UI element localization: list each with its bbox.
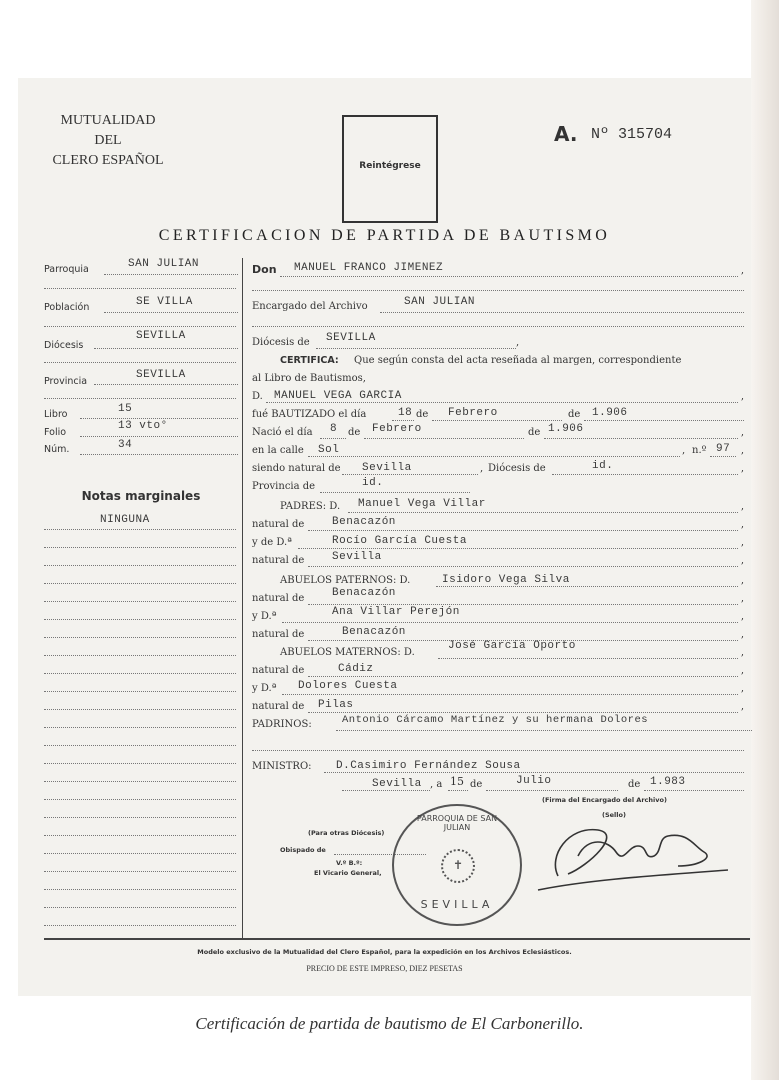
abuela-materna-name: Dolores Cuesta	[298, 680, 397, 692]
row-encargado: Encargado del Archivo SAN JULIAN	[252, 298, 744, 314]
book-spine-shadow	[751, 0, 779, 1080]
dotted-line	[392, 420, 414, 421]
padres-label: PADRES: D.	[280, 501, 340, 512]
dotted-line	[584, 420, 744, 421]
diocesis2-label: Diócesis de	[488, 463, 546, 474]
diocesis2-value: id.	[592, 460, 613, 472]
row-abuela-materna: y D.ª Dolores Cuesta ,	[252, 680, 744, 696]
dotted-line	[280, 276, 738, 277]
footer-note: Modelo exclusivo de la Mutualidad del Cl…	[18, 948, 751, 956]
dotted-line	[436, 586, 738, 587]
dotted-line	[44, 362, 236, 363]
padre-name: Manuel Vega Villar	[358, 498, 486, 510]
y-da-label: y D.ª	[252, 611, 276, 622]
dotted-line	[438, 658, 738, 659]
row-calle: en la calle Sol , n.º 97 ,	[252, 442, 744, 458]
row-madre: y de D.ª Rocío García Cuesta ,	[252, 534, 744, 550]
vobo-label: V.º B.º:	[336, 859, 362, 867]
diocesis-de-value: SEVILLA	[326, 332, 376, 344]
calle-value: Sol	[318, 444, 339, 456]
dotted-line	[308, 712, 738, 713]
row-libro: al Libro de Bautismos,	[252, 370, 744, 386]
dotted-line	[44, 925, 236, 926]
dotted-line	[486, 790, 618, 791]
dotted-line	[44, 799, 236, 800]
dotted-line	[44, 871, 236, 872]
dotted-line	[44, 835, 236, 836]
abuelo-paterno-natural: Benacazón	[332, 587, 396, 599]
series-letter: A.	[554, 122, 577, 146]
dotted-line	[44, 637, 236, 638]
dotted-line	[44, 907, 236, 908]
column-divider	[242, 258, 243, 939]
padrinos-label: PADRINOS:	[252, 719, 312, 730]
row-padrinos: PADRINOS: Antonio Cárcamo Martínez y su …	[252, 716, 752, 732]
provincia-de-value: id.	[362, 477, 383, 489]
provincia-label: Provincia	[44, 376, 87, 387]
dotted-line	[44, 727, 236, 728]
row-abuela-materna-natural: natural de Pilas ,	[252, 698, 744, 714]
dotted-line	[710, 456, 736, 457]
dotted-line	[432, 420, 562, 421]
seal-bottom-text: SEVILLA	[394, 898, 520, 911]
abuela-paterna-name: Ana Villar Perejón	[332, 606, 460, 618]
padre-natural: Benacazón	[332, 516, 396, 528]
row-nacio: Nació el día 8 de Febrero de 1.906 ,	[252, 424, 744, 440]
vicario-label: El Vicario General,	[314, 869, 382, 877]
dotted-line	[44, 288, 236, 289]
row-abuelo-paterno-natural: natural de Benacazón ,	[252, 590, 744, 606]
dotted-line	[308, 456, 680, 457]
row-place-date: Sevilla , a 15 de Julio de 1.983	[252, 776, 744, 792]
row-padres: PADRES: D. Manuel Vega Villar ,	[252, 498, 744, 514]
dotted-line	[44, 673, 236, 674]
dotted-line	[364, 438, 524, 439]
dotted-line	[266, 402, 738, 403]
date-month: Julio	[516, 775, 552, 787]
nacio-year: 1.906	[548, 423, 584, 435]
natural-de-label: natural de	[252, 555, 304, 566]
dotted-line	[44, 745, 236, 746]
num-label: Núm.	[44, 444, 69, 455]
row-ministro: MINISTRO: D.Casimiro Fernández Sousa	[252, 758, 744, 774]
abuelos-maternos-label: ABUELOS MATERNOS: D.	[280, 647, 415, 658]
y-de-da-label: y de D.ª	[252, 537, 292, 548]
parroquia-label: Parroquia	[44, 264, 89, 275]
numero-value: 97	[716, 443, 730, 455]
madre-natural: Sevilla	[332, 551, 382, 563]
row-don: Don MANUEL FRANCO JIMENEZ ,	[252, 262, 744, 278]
natural-de-label: natural de	[252, 701, 304, 712]
provincia-de-label: Provincia de	[252, 481, 315, 492]
d-label: D.	[252, 391, 263, 402]
dotted-line	[252, 750, 744, 751]
parish-seal: PARROQUIA DE SAN JULIAN ✝ SEVILLA	[392, 804, 522, 926]
folio-label: Folio	[44, 427, 66, 438]
dotted-line	[44, 326, 236, 327]
dotted-line	[348, 512, 738, 513]
certifica-text: Que según consta del acta reseñada al ma…	[354, 355, 681, 366]
dotted-line	[320, 492, 470, 493]
diocesis-value: SEVILLA	[136, 330, 186, 342]
dotted-line	[380, 312, 744, 313]
dotted-line	[44, 781, 236, 782]
don-value: MANUEL FRANCO JIMENEZ	[294, 262, 443, 274]
poblacion-value: SE VILLA	[136, 296, 193, 308]
padrinos-value: Antonio Cárcamo Martínez y su hermana Do…	[342, 714, 648, 726]
obispado-label: Obispado de	[280, 846, 326, 854]
de-label: de	[348, 427, 360, 438]
dotted-line	[552, 474, 738, 475]
nacio-label: Nació el día	[252, 427, 313, 438]
calle-label: en la calle	[252, 445, 304, 456]
dotted-line	[320, 438, 346, 439]
madre-name: Rocío García Cuesta	[332, 535, 467, 547]
row-abuela-paterna: y D.ª Ana Villar Perejón ,	[252, 608, 744, 624]
dotted-line	[308, 676, 738, 677]
de-label: de	[470, 779, 482, 790]
otras-diocesis-label: (Para otras Diócesis)	[308, 829, 384, 837]
serial-number: Nº 315704	[591, 126, 672, 143]
org-line-1: MUTUALIDAD	[38, 111, 178, 131]
certifica-label: CERTIFICA:	[280, 355, 339, 366]
footer-price: PRECIO DE ESTE IMPRESO, DIEZ PESETAS	[18, 964, 751, 973]
firma-label: (Firma del Encargado del Archivo)	[542, 796, 667, 804]
de-label: de	[568, 409, 580, 420]
dotted-line	[324, 772, 744, 773]
bautizado-year: 1.906	[592, 407, 628, 419]
dotted-line	[316, 348, 516, 349]
org-line-3: CLERO ESPAÑOL	[38, 151, 178, 171]
dotted-line	[44, 547, 236, 548]
dotted-line	[44, 691, 236, 692]
dotted-line	[80, 454, 238, 455]
natural-de-label: natural de	[252, 519, 304, 530]
bottom-rule	[44, 938, 750, 940]
row-natural: siendo natural de Sevilla , Diócesis de …	[252, 460, 744, 476]
org-line-2: DEL	[38, 131, 178, 151]
dotted-line	[342, 474, 478, 475]
dotted-line	[44, 853, 236, 854]
row-abuelos-maternos: ABUELOS MATERNOS: D. José García Oporto …	[252, 644, 744, 660]
abuelo-materno-name: José García Oporto	[448, 640, 576, 652]
num-value: 34	[118, 439, 132, 451]
dotted-line	[44, 763, 236, 764]
dotted-line	[80, 418, 238, 419]
dotted-line	[80, 436, 238, 437]
row-provincia: Provincia de id.	[252, 478, 744, 494]
dotted-line	[104, 274, 238, 275]
row-diocesis: Diócesis de SEVILLA ,	[252, 334, 744, 350]
dotted-line	[298, 548, 738, 549]
natural-de-label: natural de	[252, 593, 304, 604]
document-title: CERTIFICACION DE PARTIDA DE BAUTISMO	[18, 227, 751, 245]
natural-de-label: natural de	[252, 665, 304, 676]
row-madre-natural: natural de Sevilla ,	[252, 552, 744, 568]
revenue-stamp-box: Reintégrese	[342, 115, 438, 223]
row-abuelo-materno-natural: natural de Cádiz ,	[252, 662, 744, 678]
natural-de-label: natural de	[252, 629, 304, 640]
poblacion-label: Población	[44, 302, 89, 313]
libro-label: Libro	[44, 409, 67, 420]
natural-label: siendo natural de	[252, 463, 341, 474]
figure-caption: Certificación de partida de bautismo de …	[0, 1014, 779, 1034]
diocesis-label: Diócesis	[44, 340, 83, 351]
dotted-line	[44, 529, 236, 530]
dotted-line	[308, 566, 738, 567]
place-value: Sevilla	[372, 778, 422, 790]
bautizado-label: fué BAUTIZADO el día	[252, 409, 366, 420]
libro-value: 15	[118, 403, 132, 415]
row-abuelos-paternos: ABUELOS PATERNOS: D. Isidoro Vega Silva …	[252, 572, 744, 588]
y-da-label: y D.ª	[252, 683, 276, 694]
numero-label: n.º	[692, 445, 706, 456]
row-certifica: CERTIFICA: Que según consta del acta res…	[252, 352, 752, 368]
dotted-line	[44, 655, 236, 656]
row-padre-natural: natural de Benacazón ,	[252, 516, 744, 532]
dotted-line	[44, 889, 236, 890]
abuela-paterna-natural: Benacazón	[342, 626, 406, 638]
stamp-box-label: Reintégrese	[344, 161, 436, 171]
abuela-materna-natural: Pilas	[318, 699, 354, 711]
abuelo-materno-natural: Cádiz	[338, 663, 374, 675]
ministro-label: MINISTRO:	[252, 761, 312, 772]
dotted-line	[94, 384, 238, 385]
ministro-value: D.Casimiro Fernández Sousa	[336, 760, 521, 772]
de-label: de	[628, 779, 640, 790]
bautizado-day: 18	[398, 407, 412, 419]
dotted-line	[308, 530, 738, 531]
abuelos-paternos-label: ABUELOS PATERNOS: D.	[280, 575, 410, 586]
baptized-name: MANUEL VEGA GARCIA	[274, 390, 402, 402]
signature	[528, 816, 728, 896]
don-label: Don	[252, 263, 277, 276]
dotted-line	[104, 312, 238, 313]
dotted-line	[448, 790, 468, 791]
dotted-line	[44, 601, 236, 602]
nacio-day: 8	[330, 423, 337, 435]
dotted-line	[44, 583, 236, 584]
dotted-line	[94, 348, 238, 349]
organization-name: MUTUALIDAD DEL CLERO ESPAÑOL	[38, 111, 178, 171]
cross-icon: ✝	[453, 858, 463, 872]
dotted-line	[644, 790, 744, 791]
seal-top-text: PARROQUIA DE SAN JULIAN	[404, 814, 510, 832]
dotted-line	[342, 790, 430, 791]
a-label: , a	[430, 779, 442, 790]
parroquia-value: SAN JULIAN	[128, 258, 199, 270]
row-baptized: D. MANUEL VEGA GARCIA ,	[252, 388, 744, 404]
diocesis-de-label: Diócesis de	[252, 337, 310, 348]
encargado-label: Encargado del Archivo	[252, 301, 368, 312]
dotted-line	[252, 290, 744, 291]
dotted-line	[44, 709, 236, 710]
libro-bautismos-text: al Libro de Bautismos,	[252, 373, 366, 384]
folio-value: 13 vto°	[118, 420, 168, 432]
notas-marginales-value: NINGUNA	[100, 514, 150, 526]
dotted-line	[544, 438, 738, 439]
dotted-line	[282, 622, 738, 623]
natural-value: Sevilla	[362, 462, 412, 474]
dotted-line	[282, 694, 738, 695]
dotted-line	[44, 619, 236, 620]
dotted-line	[44, 565, 236, 566]
nacio-month: Febrero	[372, 423, 422, 435]
date-year: 1.983	[650, 776, 686, 788]
certificate-document: MUTUALIDAD DEL CLERO ESPAÑOL Reintégrese…	[18, 78, 751, 996]
dotted-line	[336, 730, 752, 731]
dotted-line	[44, 817, 236, 818]
dotted-line	[252, 326, 744, 327]
provincia-value: SEVILLA	[136, 369, 186, 381]
encargado-value: SAN JULIAN	[404, 296, 475, 308]
row-bautizado: fué BAUTIZADO el día 18 de Febrero de 1.…	[252, 406, 744, 422]
dotted-line	[44, 398, 236, 399]
dotted-line	[308, 604, 738, 605]
de-label: de	[416, 409, 428, 420]
bautizado-month: Febrero	[448, 407, 498, 419]
date-day: 15	[450, 775, 464, 788]
notas-marginales-title: Notas marginales	[44, 489, 238, 503]
de-label: de	[528, 427, 540, 438]
abuelo-paterno-name: Isidoro Vega Silva	[442, 574, 570, 586]
